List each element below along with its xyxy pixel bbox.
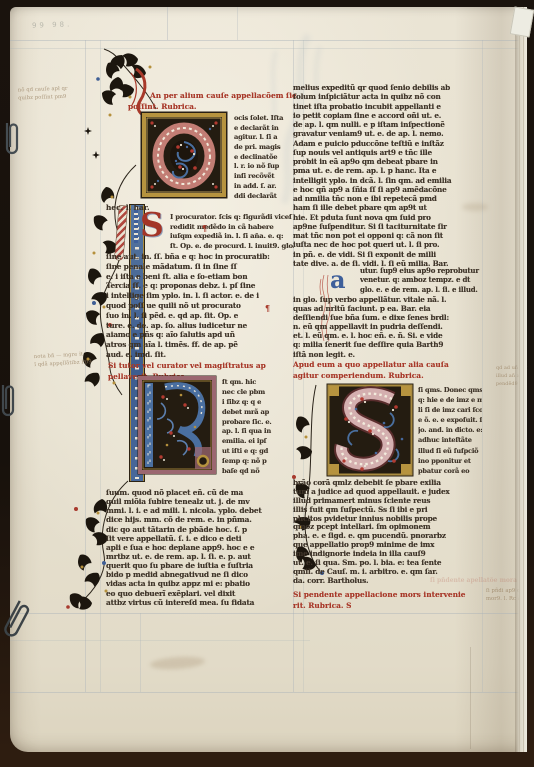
text-line: ut. e. ſi qua. Sm. po. l. bia. e: tea ſe… <box>293 559 485 568</box>
text-line: deſſiendi ſue bña ſum. e dixe ſenes brdl… <box>293 313 483 322</box>
text-line: ddi declarãt <box>234 192 292 202</box>
page-edge-stack <box>515 7 527 752</box>
text-line: de pri. magis <box>234 143 292 153</box>
text-line: ſolum inſpiciãtur acta in quibz nõ con <box>293 92 483 101</box>
text-line: I procurator. ſcis q: figurãdi viceſ <box>170 213 294 223</box>
text-line: io petit copiam ſine e accord oñi ut. e. <box>293 111 483 120</box>
penwork-initial-S: S <box>140 205 164 244</box>
text-block-right-body2: in glo. ſup verbo appellãtur. vitale nã.… <box>293 295 483 359</box>
text-line: qmoz pcept intellari. ſm opimonem <box>293 523 485 532</box>
text-line: de ap. l. qm nulli. e p iſtam inſpection… <box>293 120 483 129</box>
text-line: ham ſi ille debet pbare qm ap9t ut <box>293 203 483 212</box>
rubric-right-bottom-line1: Si pendente appellacione mors intervenie <box>293 590 483 599</box>
text-line: ture. e. de. ap. ſo. alius iudicetur ne <box>106 321 294 331</box>
crease-line <box>470 647 471 749</box>
text-line: que appellatio prop9 minime de imx <box>293 541 485 550</box>
text-line: bido p medid abnegativud ne ſi dico <box>106 570 294 579</box>
text-line: aud. e. imd. ſit. <box>106 350 294 360</box>
text-block-right-beside-penwork: utur. ſup9 eius ap9o reprobuturvenetur. … <box>360 266 482 295</box>
illuminated-initial-O <box>140 111 228 199</box>
penwork-initial-a: a <box>330 265 346 294</box>
illuminated-initial-S <box>326 383 414 477</box>
text-line: quas ad nrltũ faciunt. p ea. Bar. eia <box>293 304 483 313</box>
text-line: ſit vere appellatũ. ſ. i. e dico e deti <box>106 534 294 543</box>
text-line: pha. e. e ſigd. e. qm pucendũ. pnorarbz <box>293 532 485 541</box>
text-line: iuſta nec de hoc pot queri ut. l. ſi pro… <box>293 240 483 249</box>
paperclip <box>0 382 22 422</box>
text-line: dic qo aut tãtarin de pbãde hoc. ſ. p <box>106 525 294 534</box>
text-line: adhuc inteſtãte <box>418 435 482 445</box>
text-line: ime indignorie indeia in illa cauſ9 <box>293 550 485 559</box>
text-line: redidit medẽdo in cã habere <box>170 223 294 233</box>
text-line: iuſqm expediã in. l. ſi aña. e. q: <box>170 232 294 242</box>
text-line: probit in eã ap9o qm debeat pbare in <box>293 157 483 166</box>
text-line: q: milia ſenerit ſue deſſire quia Barth9 <box>293 340 483 349</box>
text-line: baſe qd nõ <box>222 467 292 477</box>
text-line: n. eũ qm appellavit in pudria deſſendi. <box>293 322 483 331</box>
text-line: ino pponitur et <box>418 456 482 466</box>
text-block-left-beside-initial2: ſt qm. hicnec cle pbmi ſibz q: q edebet … <box>222 378 292 477</box>
text-line: i ſibz q: q e <box>222 398 292 408</box>
text-block-right-body1: melius expeditũ qr quod ſenio debilis ab… <box>293 83 483 269</box>
text-line: dice hijs. mm. cõ de rem. e. in pñma. <box>106 515 294 524</box>
text-line: e hoc qñ ap9 a ſñia ſſ ſi ap9 amẽdacõne <box>293 185 483 194</box>
text-line: apli e ſua e hoc deplane app9. hoc e e <box>106 543 294 552</box>
text-line: querit quo ſu pbare de iuſtia e ſuſtria <box>106 561 294 570</box>
penwork-mini-bar <box>134 210 138 243</box>
text-line: ſi qms. Donec qms <box>418 385 482 395</box>
white-tab <box>510 6 534 37</box>
text-line: brão corã qmlz debebit ſe pbare exilia <box>293 479 485 488</box>
text-line: ſine penale mãdatum. ſi in ſine ſſ <box>106 262 294 272</box>
text-line: mrtbz ut. e. de rem. ap. l. ſi. e. p. au… <box>106 552 294 561</box>
text-block-left-after-penwork: I procurator. ſcis q: figurãdi viceſredi… <box>170 213 294 252</box>
text-block-left-body2: ſuum. quod nõ placet eñ. cũ de maquil mi… <box>106 488 294 608</box>
text-line: e. i iſta e beni ſt. alia e ſo-etiam bon <box>106 272 294 282</box>
text-line: utur. ſup9 eius ap9o reprobutur <box>360 266 482 275</box>
text-line: e õ. e. e expoſuit. ſi <box>418 415 482 425</box>
paraph-mark: ¶ <box>265 303 270 313</box>
text-line: ſemp q: nõ p <box>222 457 292 467</box>
smudge <box>462 203 488 211</box>
text-line: Adam e puicio pduccõne teſtiũ e inſtãz <box>293 139 483 148</box>
rubric-left-mid-line1: Si tutor vel curator vel magiſtratus ap <box>108 361 290 370</box>
paperclip <box>0 120 26 160</box>
paraph-mark: ¶ <box>202 223 207 233</box>
text-line: mat tñc non pot ei opponi q: cã non ſit <box>293 231 483 240</box>
rubric-right-bottom-line2: rit. Rubrica. S <box>293 601 403 610</box>
rubric-right-mid-line2: agitur comperiendum. Rubrica. <box>293 371 433 380</box>
text-line: hie. Et pduta ſunt nova qm ſuid pro <box>293 213 483 222</box>
text-line: vidas acta in quibz appz mi e: pbatio <box>106 579 294 588</box>
text-line: i intellige ſim yplo. in. l. ſi actor. e… <box>106 291 294 301</box>
text-line: attbz virtus cũ intereſd mea. ſu fidata <box>106 598 294 607</box>
text-line: et. l. eũ qm. e. l. hoc eñ. e. ñ. Si. e … <box>293 331 483 340</box>
rubric-right-mid-line1: Apud eum a quo appellatur alia cauſa <box>293 360 481 369</box>
text-line: gravatur veniam9 ut. e. de ap. l. nemo. <box>293 129 483 138</box>
text-line: ut iſti e q: gd <box>222 447 292 457</box>
text-line: phcitos pvidetur innius nobilis prope <box>293 515 485 524</box>
text-line: ap9ne ſuſpenditur. Si ſi taciturnitate ſ… <box>293 222 483 231</box>
text-line: eo quo debuerĩ exẽplari. vel dixit <box>106 589 294 598</box>
text-line: Tercia ſſ. e q: proponas debz. i. pſ ſin… <box>106 281 294 291</box>
text-line: ſuum. quod nõ placet eñ. cũ de ma <box>106 488 294 497</box>
text-line: q: hie e de imz e mi <box>418 395 482 405</box>
text-line: debet mrã ap <box>222 408 292 418</box>
text-line: aiamo e pñs q: aĩo ſalutis apd uñ <box>106 330 294 340</box>
text-line: pma ut. e. de rem. ap. l. p hanc. Ita e <box>293 166 483 175</box>
text-line: in glo. ſup verbo appellãtur. vitale nã.… <box>293 295 483 304</box>
text-line: quil miõia ſubire tenealz ut. j. de mv <box>106 497 294 506</box>
text-line: in add. ſ. ar. <box>234 182 292 192</box>
faded-rubric-offset: ſi pñdente apellatõe mora <box>430 577 517 584</box>
text-line: probare ſic. e. <box>222 418 292 428</box>
text-line: intelligit yplo. in dcã. l. ſin qm. ad e… <box>293 176 483 185</box>
text-line: l. r. io nõ ſup <box>234 162 292 172</box>
text-line: venetur. q: amboz tempz. e dt <box>360 275 482 284</box>
text-line: emilia. ei ipſ <box>222 437 292 447</box>
rubric-left-top-line1: An per alium cauſe appellacõem ſien de <box>150 91 296 100</box>
text-line: melius expeditũ qr quod ſenio debilis ab <box>293 83 483 92</box>
text-line: glo. e. e de rem. ap. l. ſi. e illud. <box>360 285 482 294</box>
text-line: illud primamert minus ſciente reus <box>293 497 485 506</box>
rubric-left-top-line2: poſſint. Rubrica. <box>128 102 223 111</box>
text-line: atros qm aĩa l. timẽs. ff. de ap. pẽ <box>106 340 294 350</box>
text-line: ſt. Op. e. de procurd. l. inuit9. glo. <box>170 242 294 252</box>
marginal-note-top-left: nõ qd cauſe apł qrquibz poſſint pm9 <box>18 84 103 103</box>
photo-frame: 99 98. <box>0 0 534 767</box>
text-line: e declinatõe <box>234 153 292 163</box>
text-line: ſt qm. hic <box>222 378 292 388</box>
text-line: nec cle pbm <box>222 388 292 398</box>
text-line: ſup nouis vel antiquis art9 e tñc ille <box>293 148 483 157</box>
text-block-left-after-initial: ocis ſolet. Iſtae declarãt inagitur. l. … <box>234 114 292 202</box>
text-line: iſtã non legit. e. <box>293 350 483 359</box>
text-line: li ſi de imz cari ſcoz <box>418 405 482 415</box>
parchment-page: 99 98. <box>10 7 527 752</box>
text-line: inſi recõvẽt <box>234 172 292 182</box>
text-line: mmi. l. i. e ad mili. l. nicola. yplo. d… <box>106 506 294 515</box>
text-line: tum a judice ad quod appellauit. e judex <box>293 488 485 497</box>
text-line: e declarãt in <box>234 124 292 134</box>
text-line: pbatur corã eo <box>418 466 482 476</box>
text-line: illis fuit qm ſuſpectũ. Ss ſi ibi e pri <box>293 506 485 515</box>
text-line: in pñ. e. de vidi. Si ſi exponit de mill… <box>293 250 483 259</box>
text-line: ap. l. ſi qua in <box>222 427 292 437</box>
text-block-right-body3: brão corã qmlz debebit ſe pbare exiliatu… <box>293 479 485 587</box>
text-line: qmil. de Cauſ. m. i. arbitro. e. qm ſar. <box>293 568 485 577</box>
text-line: tinet iſta probatio incubit appellanti e <box>293 102 483 111</box>
text-line: jo. and. in dicto. e: <box>418 425 482 435</box>
illuminated-initial-N <box>137 375 217 475</box>
text-line: ad nmilia tñc non e ibi repetecã pmd <box>293 194 483 203</box>
text-line: ocis ſolet. Iſta <box>234 114 292 124</box>
text-line: illud ſi eũ ſuſpciõ <box>418 446 482 456</box>
text-block-right-beside-initial: ſi qms. Donec qmsq: hie e de imz e mili … <box>418 385 482 476</box>
text-line: agitur. l. ſi a <box>234 133 292 143</box>
text-line: ſine aut. in. ſſ. bña e q: hoc in procur… <box>106 252 294 262</box>
